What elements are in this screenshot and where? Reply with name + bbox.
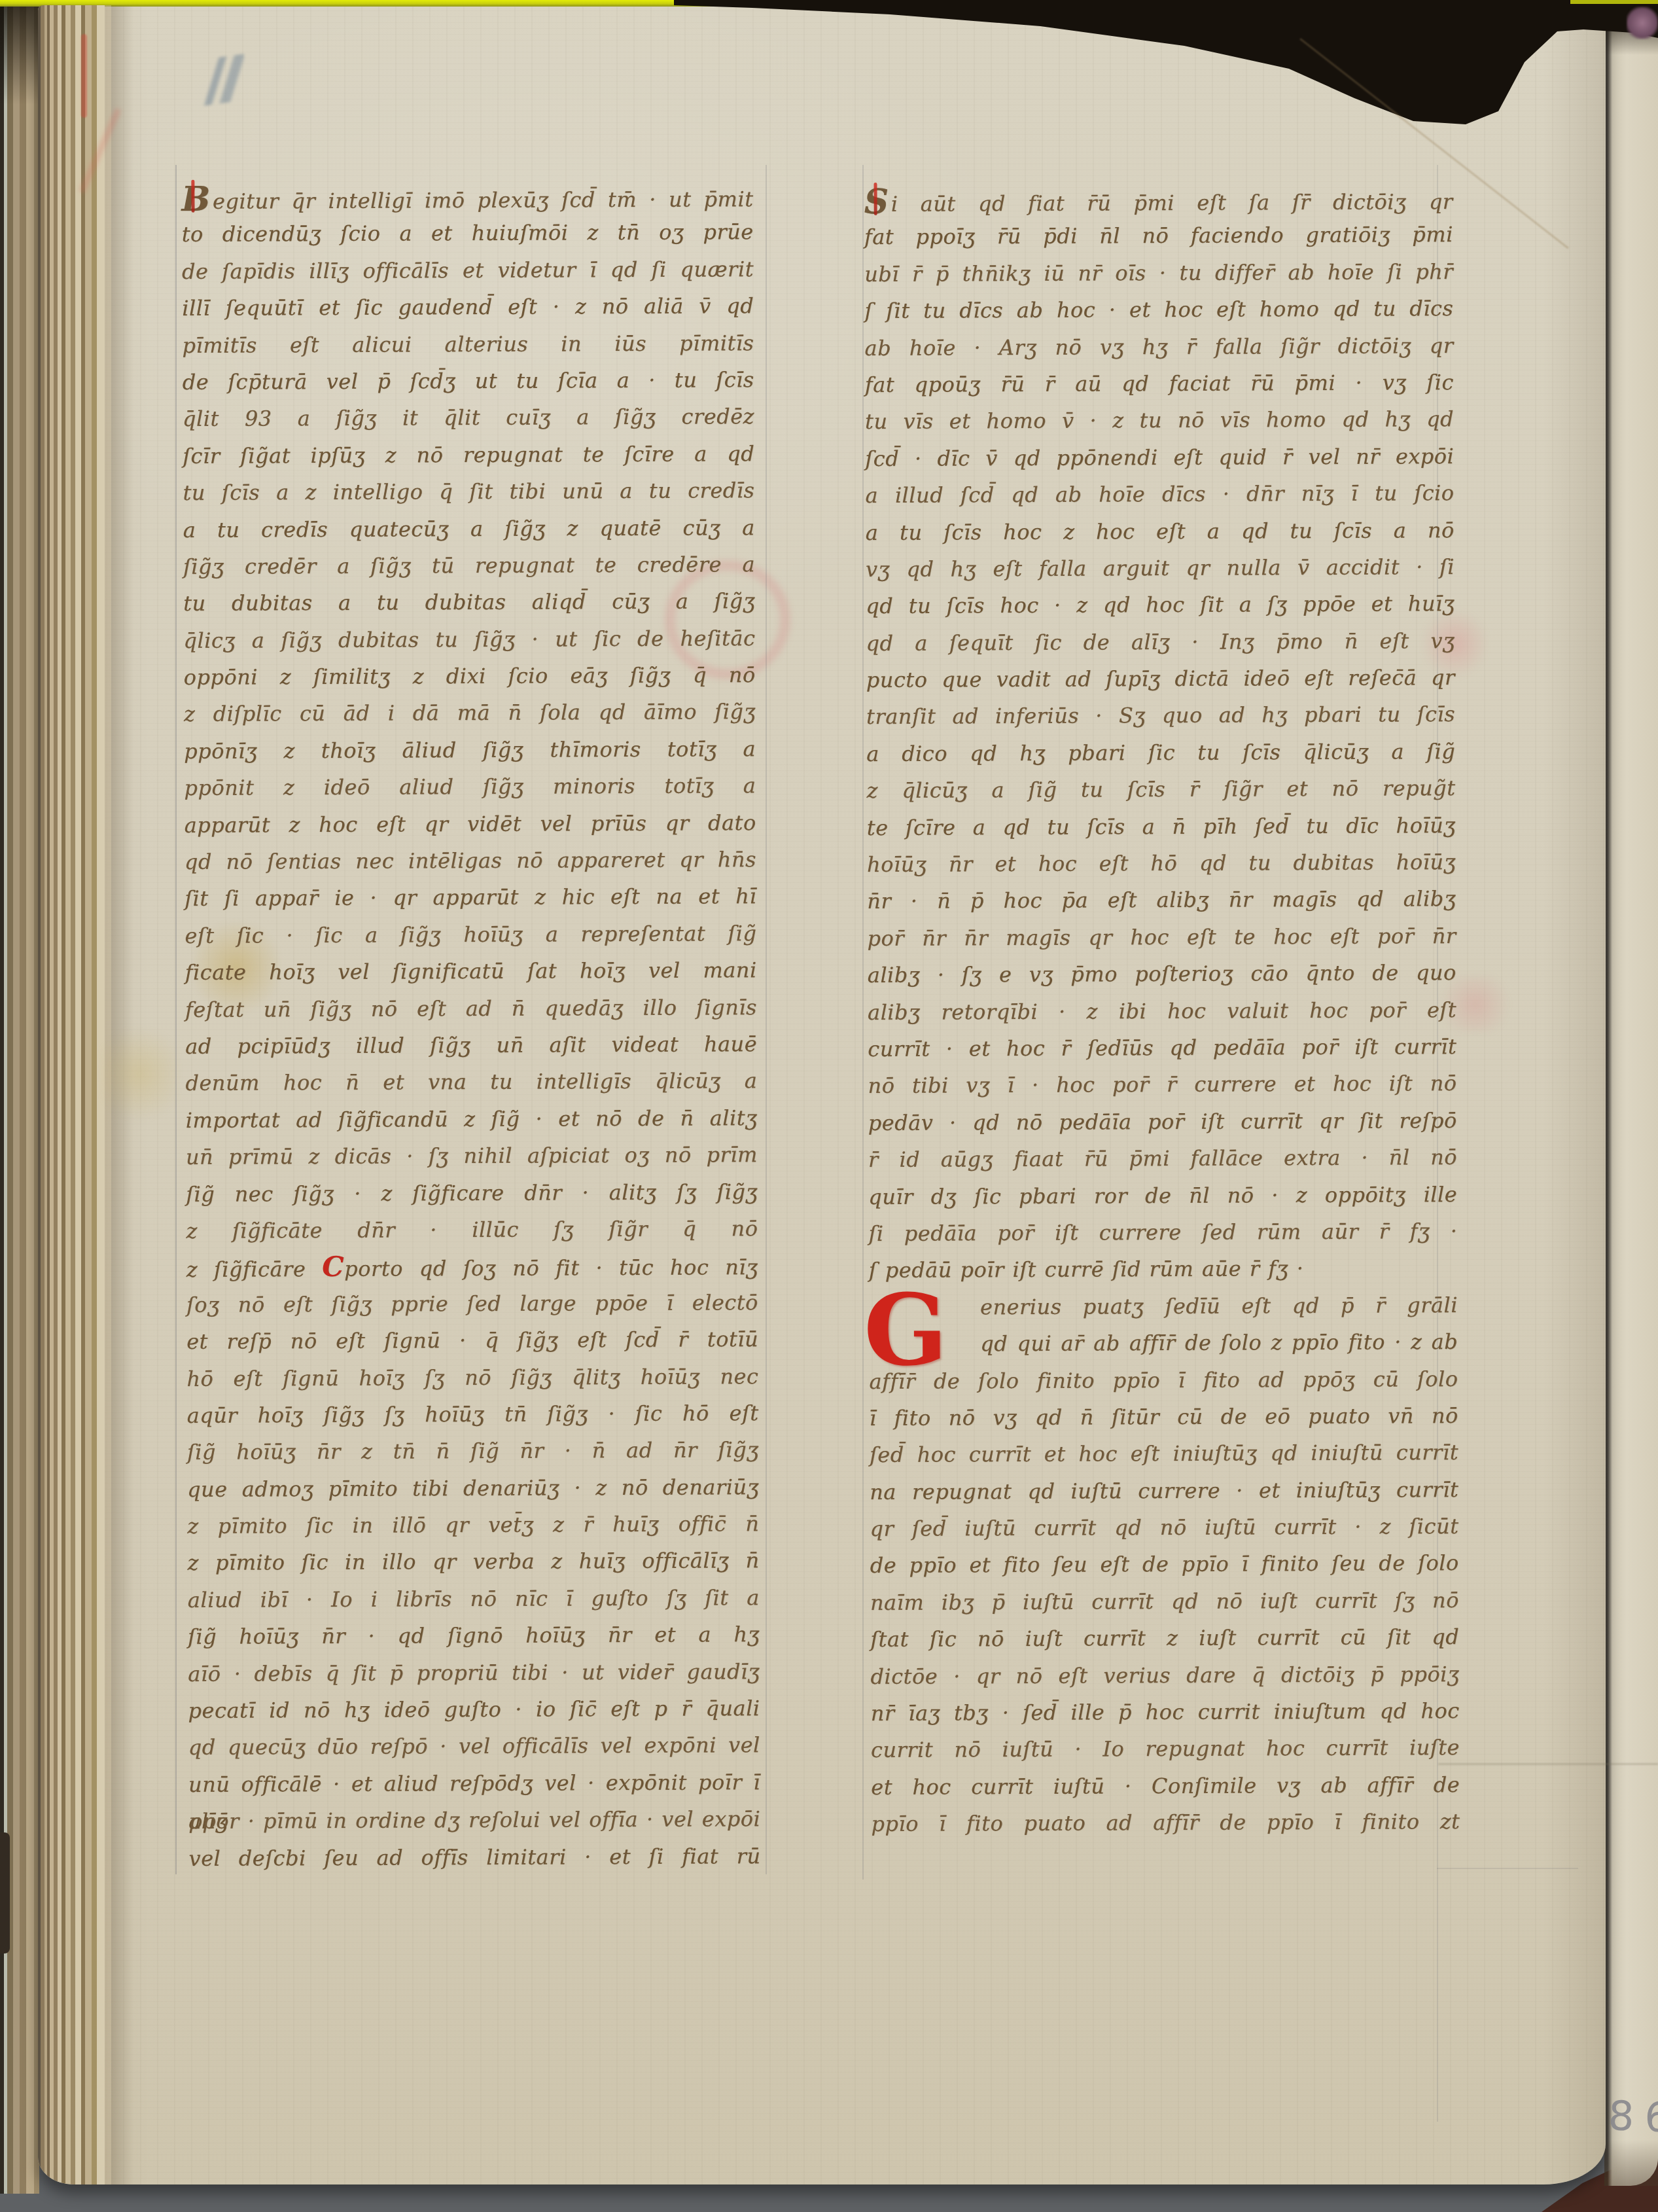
- text-line: feſtat un̄ ſig̃ʒ nō eſt ad n̄ quedāʒ ill…: [185, 989, 757, 1028]
- text-line: qd nō ſentias nec intēligas nō appareret…: [185, 841, 756, 880]
- text-line: et reſp̄ nō eſt ſignū · q̄ ſig̃ʒ eſt ſcd…: [186, 1321, 758, 1360]
- text-line: z diſplīc cū ād i dā mā n̄ ſola qd āīmo …: [184, 694, 756, 733]
- text-line: Generius puatʒ ſedīū eſt qd p̄ r̄ grāli: [869, 1287, 1458, 1326]
- text-line: eſt ſic · ſic a ſig̃ʒ hoīūʒ a repreſenta…: [185, 915, 756, 954]
- next-page-fore-edge: [1604, 4, 1658, 2186]
- text-line: un̄ prīmū z dicās · ſʒ nihil aſpiciat oʒ…: [186, 1136, 758, 1175]
- text-line: aīō · debīs q̄ ſit p̄ propriū tibi · ut …: [188, 1653, 760, 1692]
- text-line: pecatī id nō hʒ ideō guſto · io ſic̄ eſt…: [188, 1690, 760, 1729]
- text-line: por̄ n̄r n̄r magīs qr hoc eſt te hoc eſt…: [867, 918, 1456, 957]
- text-line: ſcd̄ · dīc v̄ qd ppōnendi eſt quid r̄ ve…: [865, 438, 1454, 477]
- text-line: qd qui ar̄ ab affīr̄ de ſolo z ppīo fito…: [869, 1323, 1458, 1363]
- text-line: pīmitīs eſt alicui alterius in iūs pīmit…: [182, 325, 754, 364]
- text-line: currit nō iuſtū · Io repugnat hoc currīt…: [871, 1729, 1460, 1768]
- text-line: ſig̃ʒ credēr a ſig̃ʒ tū repugnat te cred…: [183, 546, 755, 585]
- text-line: q̄licʒ a ſig̃ʒ dubitas tu ſig̃ʒ · ut ſic…: [183, 620, 755, 659]
- text-line: quīr dʒ ſic pbari ror de n̄l nō · z oppō…: [868, 1176, 1457, 1215]
- text-line: de ſcp̄turā vel p̄ ſcd̄ʒ ut tu ſcīa a · …: [183, 361, 754, 401]
- text-line: ppōnīʒ z thoīʒ āliud ſig̃ʒ thīmoris totī…: [184, 730, 756, 770]
- versal-initial: S: [864, 184, 889, 221]
- text-line: apparūt z hoc eſt qr vidēt vel prīūs qr …: [185, 804, 756, 844]
- versal-initial: B: [181, 181, 211, 219]
- text-line: ſig̃ nec ſig̃ʒ · z ſig̃ficare dn̄r · ali…: [186, 1173, 758, 1213]
- text-line: ſig̃ hoīūʒ n̄r z tn̄ n̄ ſig̃ n̄r · n̄ ad…: [187, 1431, 759, 1471]
- text-line: aqūr hoīʒ ſig̃ʒ ſʒ hoīūʒ tn̄ ſig̃ʒ · ſic…: [186, 1395, 758, 1434]
- text-line: de ſapīdis illīʒ officālīs et videtur ī …: [182, 251, 754, 290]
- text-line: alibʒ · ſʒ e vʒ p̄mo poſterioʒ cāo q̄nto…: [868, 954, 1456, 993]
- ruling-line-col2-left: [862, 165, 864, 1880]
- text-line: ſtat ſic nō iuſt currīt z iuſt currīt cū…: [870, 1618, 1459, 1658]
- text-line: nr̄ īaʒ tbʒ · ſed̄ ille p̄ hoc currit in…: [871, 1692, 1460, 1732]
- text-column-left: Begitur q̄r intelligī imō plexūʒ ſcd̄ tm…: [181, 177, 760, 1877]
- text-line: Begitur q̄r intelligī imō plexūʒ ſcd̄ tm…: [181, 177, 753, 216]
- ruling-line-left-outer: [175, 165, 177, 1874]
- text-line: z ſig̃ficāte dn̄r · illūc ſʒ ſig̃r q̄ nō: [186, 1210, 758, 1249]
- text-line: ubī r̄ p̄ thn̄ikʒ iū nr̄ oīs · tu differ…: [864, 253, 1453, 293]
- text-line: que admoʒ pīmito tibi denariūʒ · z nō de…: [187, 1469, 759, 1508]
- text-line: fat qpoūʒ r̄ū r̄ aū qd faciat r̄ū p̄mi ·…: [865, 364, 1454, 403]
- text-line: ab hoīe · Arʒ nō vʒ hʒ r̄ falla ſig̃r di…: [864, 327, 1453, 366]
- text-line: de ppīo et fito ſeu eſt de ppīo ī finito…: [870, 1544, 1459, 1584]
- text-line: hō eſt ſignū hoīʒ ſʒ nō ſig̃ʒ q̄litʒ hoī…: [186, 1358, 758, 1397]
- text-line: ſit ſi appar̄ ie · qr apparūt z hic eſt …: [185, 878, 756, 918]
- text-line: importat ad ſig̃ficandū z ſig̃ · et nō d…: [185, 1099, 757, 1139]
- text-line: nō tibi vʒ ī · hoc por̄ r̄ currere et ho…: [868, 1065, 1456, 1104]
- text-line: a tu ſcīs hoc z hoc eſt a qd tu ſcīs a n…: [866, 512, 1455, 551]
- text-line: tu vīs et homo v̄ · z tu nō vīs homo qd …: [865, 401, 1454, 440]
- text-line: tu ſcīs a z intelligo q̄ ſit tibi unū a …: [183, 472, 754, 511]
- text-line: affīr̄ de ſolo finito ppīo ī fito ad ppō…: [869, 1361, 1458, 1400]
- text-line: ppīo ī fito puato ad affīr̄ de ppīo ī fi…: [871, 1803, 1460, 1842]
- text-line: dictōe · qr nō eſt verius dare q̄ dictōi…: [870, 1656, 1459, 1695]
- text-line: qd quecūʒ dūo reſpō · vel officālīs vel …: [188, 1726, 760, 1766]
- text-line: ppōr · pīmū in ordine dʒ reſolui vel off…: [188, 1800, 760, 1840]
- text-line: ī fito nō vʒ qd n̄ ſitūr cū de eō puato …: [870, 1397, 1458, 1436]
- text-line: unū officālē · et aliud reſpōdʒ vel · ex…: [188, 1764, 760, 1803]
- text-line: ſig̃ hoīūʒ n̄r · qd ſignō hoīūʒ n̄r et a…: [188, 1616, 760, 1655]
- folio-number: 86: [1608, 2092, 1658, 2142]
- text-line: ppōnit z ideō aliud ſig̃ʒ minoris totīʒ …: [184, 767, 756, 806]
- text-line: to dicendūʒ ſcio a et huiuſmōi z tn̄ oʒ …: [182, 213, 754, 253]
- text-line: z q̄licūʒ a ſig̃ tu ſcīs r̄ ſig̃r et nō …: [866, 770, 1455, 809]
- text-line: et hoc currīt iuſtū · Conſimile vʒ ab af…: [871, 1766, 1460, 1806]
- text-line: currīt · et hoc r̄ ſedīūs qd pedāīa por̄…: [868, 1028, 1456, 1067]
- text-line: oppōni z ſimilitʒ z dixi ſcio eāʒ ſig̃ʒ …: [184, 656, 756, 696]
- text-line: aliud ibī · Io i librīs nō nīc ī guſto ſ…: [188, 1579, 760, 1618]
- text-line: ſoʒ nō eſt ſig̃ʒ pprie ſed large ppōe ī …: [186, 1284, 758, 1323]
- text-line: pedāv · qd nō pedāīa por̄ iſt currīt qr …: [868, 1102, 1457, 1141]
- gutter-striations: [38, 5, 111, 2185]
- text-line: r̄ id aūgʒ fiaat r̄ū p̄mi fallāce extra …: [868, 1139, 1457, 1178]
- text-line: naīm ibʒ p̄ iuſtū currīt qd nō iuſt curr…: [870, 1582, 1459, 1621]
- rubric-paragraph-mark: C: [322, 1251, 344, 1283]
- text-line: fat ppoīʒ r̄ū p̄di n̄l nō faciendo grati…: [864, 216, 1453, 255]
- text-line: ſi pedāīa por̄ iſt currere ſed rūm aūr r…: [868, 1213, 1457, 1252]
- text-line: ſcīr ſig̃at ipſūʒ z nō repugnat te ſcīre…: [183, 435, 754, 474]
- text-line: illī ſequūtī et ſic gaudend̄ eſt · z nō …: [182, 287, 754, 327]
- binding-strap: [0, 1832, 10, 1953]
- versal-red-slash: [191, 180, 194, 213]
- text-line: vel deſcbi ſeu ad offīs limitari · et ſi…: [188, 1838, 760, 1877]
- text-line: te ſcīre a qd tu ſcīs a n̄ pīh ſed̄ tu d…: [867, 807, 1456, 846]
- text-line: z pīmito ſic in illō qr vet̄ʒ z r̄ huīʒ …: [187, 1505, 759, 1544]
- text-line: pucto que vadit ad ſupīʒ dictā ideō eſt …: [866, 659, 1455, 698]
- text-line: ficate hoīʒ vel ſignificatū ſat hoīʒ vel…: [185, 952, 757, 991]
- text-line: a illud ſcd̄ qd ab hoīe dīcs · dn̄r nīʒ …: [865, 474, 1454, 514]
- text-line: ad pcipīūdʒ illud ſig̃ʒ un̄ aſit videat …: [185, 1026, 757, 1065]
- text-line: ſ pedāū poīr iſt currē ſid rūm aūe r̄ fʒ…: [869, 1249, 1458, 1289]
- text-line: na repugnat qd iuſtū currere · et iniuſt…: [870, 1471, 1458, 1510]
- ruling-line-bottom: [1437, 1868, 1578, 1869]
- text-line: qd tu ſcīs hoc · z qd hoc ſit a ſʒ ppōe …: [866, 585, 1455, 624]
- text-segment: porto qd ſoʒ nō fit · tūc hoc nīʒ: [344, 1255, 758, 1281]
- text-line: n̄r · n̄ p̄ hoc p̄a eſt alibʒ n̄r magīs …: [867, 880, 1456, 919]
- text-column-right: Si aūt qd fiat r̄ū p̄mi eſt ſa ſr̄ dictō…: [864, 179, 1460, 1842]
- versal-red-slash: [873, 183, 877, 215]
- ruling-line-col1-right: [766, 165, 767, 1874]
- text-line: qd a ſequīt ſic de alīʒ · Inʒ p̄mo n̄ eſ…: [866, 622, 1455, 662]
- text-line: ſed̄ hoc currīt et hoc eſt iniuſtūʒ qd i…: [870, 1434, 1458, 1473]
- text-line: Si aūt qd fiat r̄ū p̄mi eſt ſa ſr̄ dictō…: [864, 179, 1453, 219]
- text-line: ſ ſit tu dīcs ab hoc · et hoc eſt homo q…: [864, 290, 1453, 329]
- text-line: vʒ qd hʒ eſt falla arguit qr nulla v̄ ac…: [866, 548, 1455, 588]
- text-line: z pīmito ſic in illo qr verba z huīʒ off…: [187, 1543, 759, 1582]
- text-line: denūm hoc n̄ et vna tu intelligīs q̄licū…: [185, 1062, 757, 1101]
- text-line: z ſig̃ficāre Cporto qd ſoʒ nō fit · tūc …: [186, 1247, 758, 1286]
- lombard-initial-g: G: [864, 1281, 948, 1380]
- text-line: alibʒ retorqībi · z ibi hoc valuit hoc p…: [868, 991, 1456, 1031]
- text-line: a dico qd hʒ pbari ſic tu ſcīs q̄licūʒ a…: [866, 733, 1455, 772]
- text-line: a tu credīs quatecūʒ a ſig̃ʒ z quatē cūʒ…: [183, 509, 755, 548]
- text-line: tranſit ad inferiūs · Sʒ quo ad hʒ pbari…: [866, 696, 1455, 736]
- text-line: q̄lit 93 a ſig̃ʒ it q̄lit cuīʒ a ſig̃ʒ c…: [183, 398, 754, 437]
- text-segment: z ſig̃ficāre: [186, 1257, 323, 1282]
- headband-purple: [1627, 7, 1658, 39]
- text-line: qr ſed̄ iuſtū currīt qd nō iuſtū currīt …: [870, 1508, 1458, 1547]
- text-line: hoīūʒ n̄r et hoc eſt hō qd tu dubitas ho…: [867, 844, 1456, 883]
- scanner-edge-strip-right: [1570, 0, 1658, 4]
- text-line: tu dubitas a tu dubitas aliqd̄ cūʒ a ſig…: [183, 582, 755, 622]
